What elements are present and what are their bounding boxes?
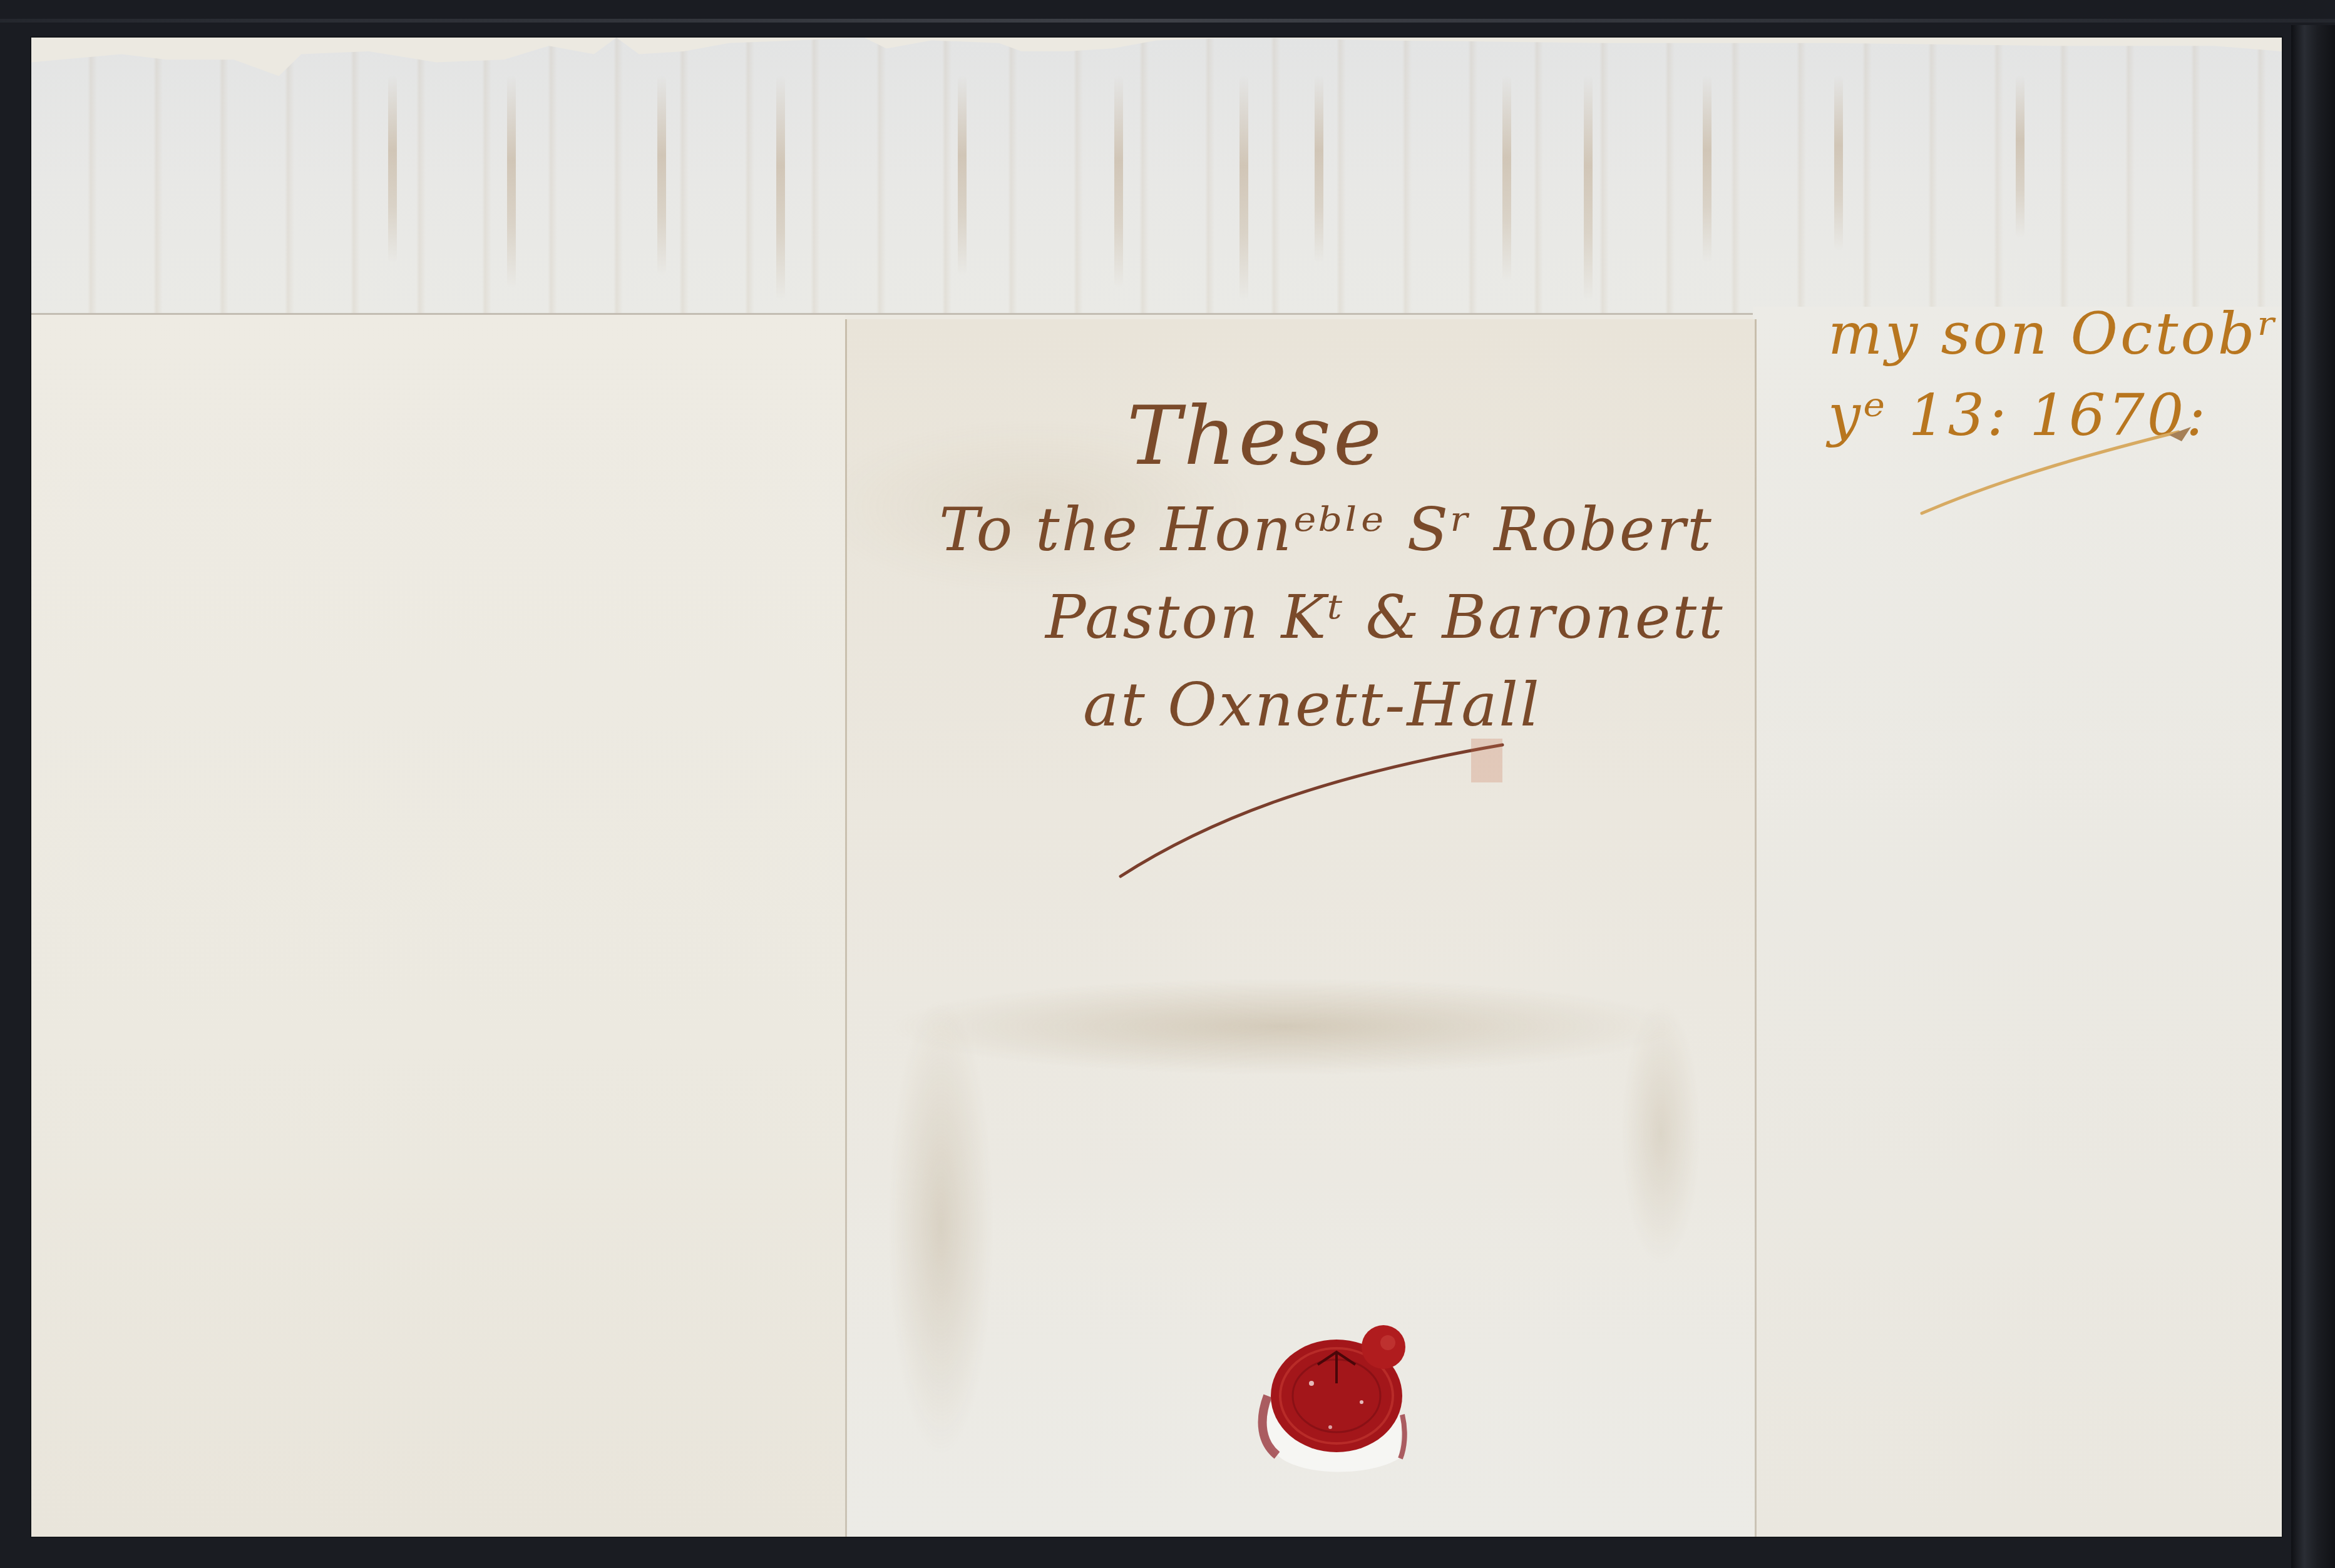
mount-frame-edge — [2291, 25, 2335, 1568]
ink-showthrough — [1834, 75, 1843, 250]
docket-underline-stroke — [1916, 419, 2197, 520]
pen-flourish-stroke — [1114, 739, 1515, 883]
superscription: These — [1127, 388, 1384, 483]
ink-showthrough — [1703, 75, 1711, 263]
ink-showthrough — [657, 75, 666, 275]
ink-showthrough — [1584, 75, 1593, 300]
address-line-1: To the Honᵉᵇˡᵉ Sʳ Robert — [939, 494, 1713, 565]
address-line-2: Paston Kᵗ & Baronett — [1045, 582, 1725, 652]
ink-showthrough — [1502, 75, 1511, 282]
ink-showthrough — [2016, 75, 2025, 238]
ink-showthrough — [776, 75, 785, 300]
mount-board-edge — [0, 19, 2335, 23]
ink-showthrough — [1114, 75, 1123, 288]
ink-showthrough — [1239, 75, 1248, 300]
wax-seal — [1243, 1308, 1424, 1483]
address-line-3: at Oxnett-Hall — [1083, 670, 1541, 740]
back-fold-torn-edge — [31, 38, 2282, 313]
ink-showthrough — [958, 75, 967, 275]
left-fold-panel — [31, 315, 845, 1537]
docket-line-1: my son Octobʳ — [1828, 300, 2280, 367]
ink-showthrough — [388, 75, 397, 263]
ink-showthrough — [507, 75, 516, 288]
ink-showthrough — [1315, 75, 1323, 263]
